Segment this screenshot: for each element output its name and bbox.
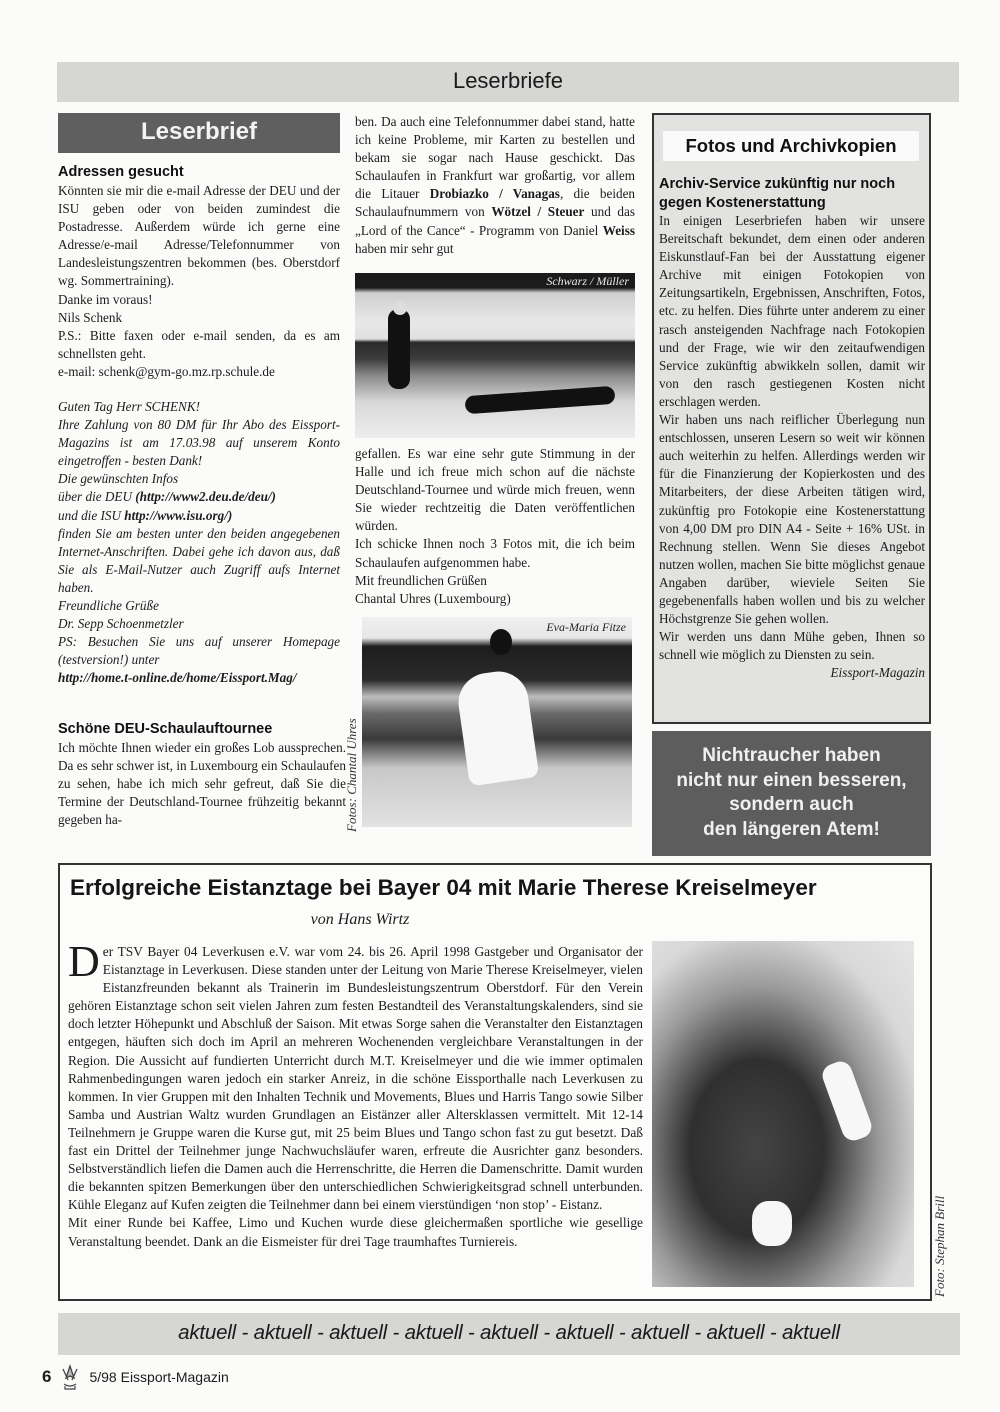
photo-eva-maria-fitze: Eva-Maria Fitze (362, 617, 632, 827)
archiv-title: Fotos und Archivkopien (663, 131, 919, 161)
aktuell-banner-text: aktuell - aktuell - aktuell - aktuell - … (58, 1321, 960, 1345)
page-footer: 6 5/98 Eissport-Magazin (42, 1364, 229, 1390)
isu-url-link[interactable]: http://www.isu.org/) (124, 508, 232, 523)
letter-signature: Nils Schenk (58, 309, 340, 327)
letter2-body-cont: gefallen. Es war eine sehr gute Stimmung… (355, 445, 635, 535)
reply-signature: Dr. Sepp Schoenmetzler (58, 615, 340, 633)
photo-schwarz-mueller: Schwarz / Müller (355, 273, 635, 438)
skater-name: Wötzel / Steuer (491, 204, 584, 219)
letter-heading: Adressen gesucht (58, 163, 340, 182)
letter2-continuation: ben. Da auch eine Telefonnummer dabei st… (355, 113, 635, 258)
skater-figure (752, 1201, 792, 1246)
skater-name: Weiss (603, 223, 635, 238)
article-author: von Hans Wirtz (60, 911, 660, 929)
reply-ps: PS: Besuchen Sie uns auf unserer Homepag… (58, 633, 340, 669)
skater-logo-icon (59, 1364, 81, 1390)
skater-figure (465, 386, 616, 414)
reply-greeting: Guten Tag Herr SCHENK! (58, 398, 340, 416)
reply-line2: Die gewünschten Infos (58, 470, 340, 488)
article-body: Der TSV Bayer 04 Leverkusen e.V. war vom… (68, 943, 643, 1251)
photo-caption: Schwarz / Müller (546, 274, 629, 289)
nonsmoker-ad-text: Nichtraucher haben nicht nur einen besse… (652, 744, 931, 842)
letter-ps: P.S.: Bitte faxen oder e-mail senden, da… (58, 327, 340, 363)
letter2-body-left: Ich möchte Ihnen wieder ein großes Lob a… (58, 739, 346, 829)
archiv-para: Wir haben uns nach reiflicher Überlegung… (659, 411, 925, 628)
archiv-signature: Eissport-Magazin (659, 664, 925, 682)
reply-line1: Ihre Zahlung von 80 DM für Ihr Abo des E… (58, 416, 340, 470)
reply-isu-label: und die ISU (58, 508, 124, 523)
archiv-para: In einigen Leserbriefen haben wir unsere… (659, 212, 925, 411)
reply-deu-label: über die DEU (58, 489, 135, 504)
leserbrief-label-bar: Leserbrief (58, 113, 340, 153)
letter2-signature: Chantal Uhres (Luxembourg) (355, 590, 635, 608)
skater-head (490, 629, 512, 655)
dropcap: D (68, 944, 100, 980)
photo-caption: Eva-Maria Fitze (546, 620, 626, 635)
letter2-photos-note: Ich schicke Ihnen noch 3 Fotos mit, die … (355, 535, 635, 571)
homepage-url-link[interactable]: http://home.t-online.de/home/Eissport.Ma… (58, 669, 340, 687)
photo-credit: Fotos: Chantal Uhres (344, 702, 364, 832)
article-para: Mit einer Runde bei Kaffee, Limo und Kuc… (68, 1214, 643, 1250)
article-title: Erfolgreiche Eistanztage bei Bayer 04 mi… (70, 875, 922, 901)
archiv-heading: Archiv-Service zukünftig nur noch gegen … (659, 175, 925, 213)
leserbrief-label: Leserbrief (58, 118, 340, 146)
article-para: er TSV Bayer 04 Leverkusen e.V. war vom … (68, 944, 643, 1212)
section-title: Leserbriefe (57, 68, 959, 94)
letter-adressen-gesucht: Adressen gesucht Könnten sie mir die e-m… (58, 163, 340, 381)
letter2-heading: Schöne DEU-Schaulauftournee (58, 720, 346, 739)
skater-name: Drobiazko / Vanagas (430, 186, 560, 201)
issue-label: 5/98 Eissport-Magazin (89, 1369, 228, 1385)
letter-schaulauftournee: Schöne DEU-Schaulauftournee Ich möchte I… (58, 720, 346, 829)
archiv-text: In einigen Leserbriefen haben wir unsere… (659, 212, 925, 682)
section-header: Leserbriefe (57, 62, 959, 102)
skater-dress (455, 668, 540, 787)
skater-figure (819, 1058, 875, 1143)
archiv-box: Fotos und Archivkopien Archiv-Service zu… (652, 113, 931, 724)
letter2-closing: Mit freundlichen Grüßen (355, 572, 635, 590)
letter2-ending: gefallen. Es war eine sehr gute Stimmung… (355, 445, 635, 608)
reply-closing: Freundliche Grüße (58, 597, 340, 615)
letter2-text: haben mir sehr gut (355, 241, 454, 256)
aktuell-banner: aktuell - aktuell - aktuell - aktuell - … (58, 1313, 960, 1355)
editor-reply: Guten Tag Herr SCHENK! Ihre Zahlung von … (58, 398, 340, 688)
skater-head (393, 301, 407, 315)
letter-email: e-mail: schenk@gym-go.mz.rp.schule.de (58, 363, 340, 381)
photo-group-skaters (652, 941, 914, 1287)
page-number: 6 (42, 1367, 51, 1387)
article-photo-credit: Foto: Stephan Brill (932, 1196, 948, 1297)
nonsmoker-ad: Nichtraucher haben nicht nur einen besse… (652, 731, 931, 856)
reply-line5: finden Sie am besten unter den beiden an… (58, 525, 340, 597)
archiv-para: Wir werden uns dann Mühe geben, Ihnen so… (659, 628, 925, 664)
letter-thanks: Danke im voraus! (58, 291, 340, 309)
letter-body: Könnten sie mir die e-mail Adresse der D… (58, 182, 340, 291)
skater-figure (388, 309, 410, 389)
deu-url-link[interactable]: (http://www2.deu.de/deu/) (135, 489, 276, 504)
